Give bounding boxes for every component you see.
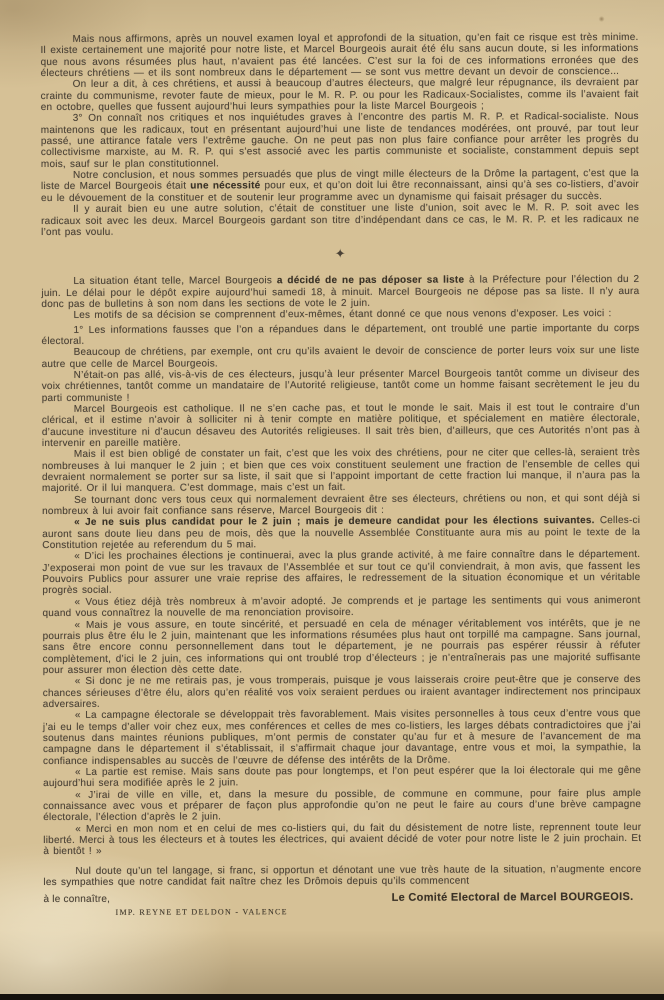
emphasis-text: a décidé de ne pas déposer sa liste: [277, 275, 464, 287]
paragraph-13: Mais il est bien obligé de constater un …: [42, 447, 640, 494]
paragraph-23: « Merci en mon nom et en celui de mes co…: [43, 822, 641, 858]
paragraph-7: La situation étant telle, Marcel Bourgeo…: [41, 274, 639, 310]
body-text: Marcel Bourgeois est catholique. Il ne s…: [42, 402, 640, 449]
paragraph-9: 1° Les informations fausses que l’on a r…: [41, 323, 639, 348]
paragraph-15: « Je ne suis plus candidat pour le 2 jui…: [42, 515, 640, 551]
paragraph-2: On leur a dit, à ces chrétiens, et aussi…: [41, 77, 639, 113]
paragraph-11: N’était-on pas allé, vis-à-vis de ces él…: [42, 368, 640, 404]
body-text: Nul doute qu’un tel langage, si franc, s…: [43, 864, 641, 888]
paragraph-12: Marcel Bourgeois est catholique. Il ne s…: [42, 402, 640, 449]
paragraph-continuation: à le connaître,: [43, 894, 110, 905]
body-text: « Mais je vous assure, en toute sincérit…: [43, 617, 641, 675]
body-text: Les motifs de sa décision se comprennent…: [73, 308, 611, 321]
body-text: « D’ici les prochaines élections je cont…: [42, 549, 640, 596]
body-text: « Vous étiez déjà très nombreux à m’avoi…: [42, 595, 640, 619]
paragraph-10: Beaucoup de chrétiens, par exemple, ont …: [42, 345, 640, 370]
paragraph-19: « Si donc je ne me retirais pas, je vous…: [43, 674, 641, 710]
paragraph-18: « Mais je vous assure, en toute sincérit…: [43, 617, 641, 676]
paragraph-16: « D’ici les prochaines élections je cont…: [42, 549, 640, 596]
body-text: N’était-on pas allé, vis-à-vis de ces él…: [42, 368, 640, 404]
paragraph-14: Se tournant donc vers tous ceux qui norm…: [42, 493, 640, 518]
body-text: « La partie est remise. Mais sans doute …: [43, 765, 641, 789]
paragraph-4: Notre conclusion, et nous sommes persuad…: [41, 168, 639, 204]
body-text: 1° Les informations fausses que l’on a r…: [42, 323, 640, 347]
scan-edge-strip: [0, 994, 664, 1000]
section-divider-star-icon: ✦: [41, 246, 639, 261]
paragraph-1: Mais nous affirmons, après un nouvel exa…: [40, 32, 638, 79]
body-text: « Merci en mon nom et en celui de mes co…: [43, 822, 641, 858]
body-text: « Si donc je ne me retirais pas, je vous…: [43, 674, 641, 710]
body-text: Mais il est bien obligé de constater un …: [42, 447, 640, 494]
paragraph-17: « Vous étiez déjà très nombreux à m’avoi…: [42, 595, 640, 620]
committee-signature: Le Comité Electoral de Marcel BOURGEOIS.: [392, 891, 634, 904]
body-text: Il y aurait bien eu une autre solution, …: [41, 202, 639, 238]
paragraph-5: Il y aurait bien eu une autre solution, …: [41, 202, 639, 238]
body-text: On leur a dit, à ces chrétiens, et aussi…: [41, 77, 639, 113]
paragraph-3: 3° On connaît nos critiques et nos inqui…: [41, 111, 639, 170]
paragraph-22: « J’irai de ville en ville, et, dans la …: [43, 788, 641, 824]
signature-row: à le connaître,Le Comité Electoral de Ma…: [43, 891, 641, 905]
body-text: Se tournant donc vers tous ceux qui norm…: [42, 493, 640, 517]
emphasis-text: une nécessité: [190, 181, 260, 192]
paragraph-24: Nul doute qu’un tel langage, si franc, s…: [43, 864, 641, 889]
body-text: Beaucoup de chrétiens, par exemple, ont …: [42, 345, 640, 369]
body-text: La situation étant telle, Marcel Bourgeo…: [73, 275, 277, 287]
printer-imprint: IMP. REYNE ET DELDON - VALENCE: [116, 906, 642, 917]
body-text: 3° On connaît nos critiques et nos inqui…: [41, 111, 639, 169]
paragraph-21: « La partie est remise. Mais sans doute …: [43, 765, 641, 790]
paragraph-8: Les motifs de sa décision se comprennent…: [41, 308, 639, 321]
body-text: Mais nous affirmons, après un nouvel exa…: [40, 32, 638, 79]
paragraph-20: « La campagne électorale se développait …: [43, 708, 641, 767]
scanned-leaflet-page: Mais nous affirmons, après un nouvel exa…: [0, 0, 664, 1000]
body-text: « La campagne électorale se développait …: [43, 708, 641, 766]
document-body: Mais nous affirmons, après un nouvel exa…: [40, 32, 641, 917]
body-text: « J’irai de ville en ville, et, dans la …: [43, 788, 641, 824]
